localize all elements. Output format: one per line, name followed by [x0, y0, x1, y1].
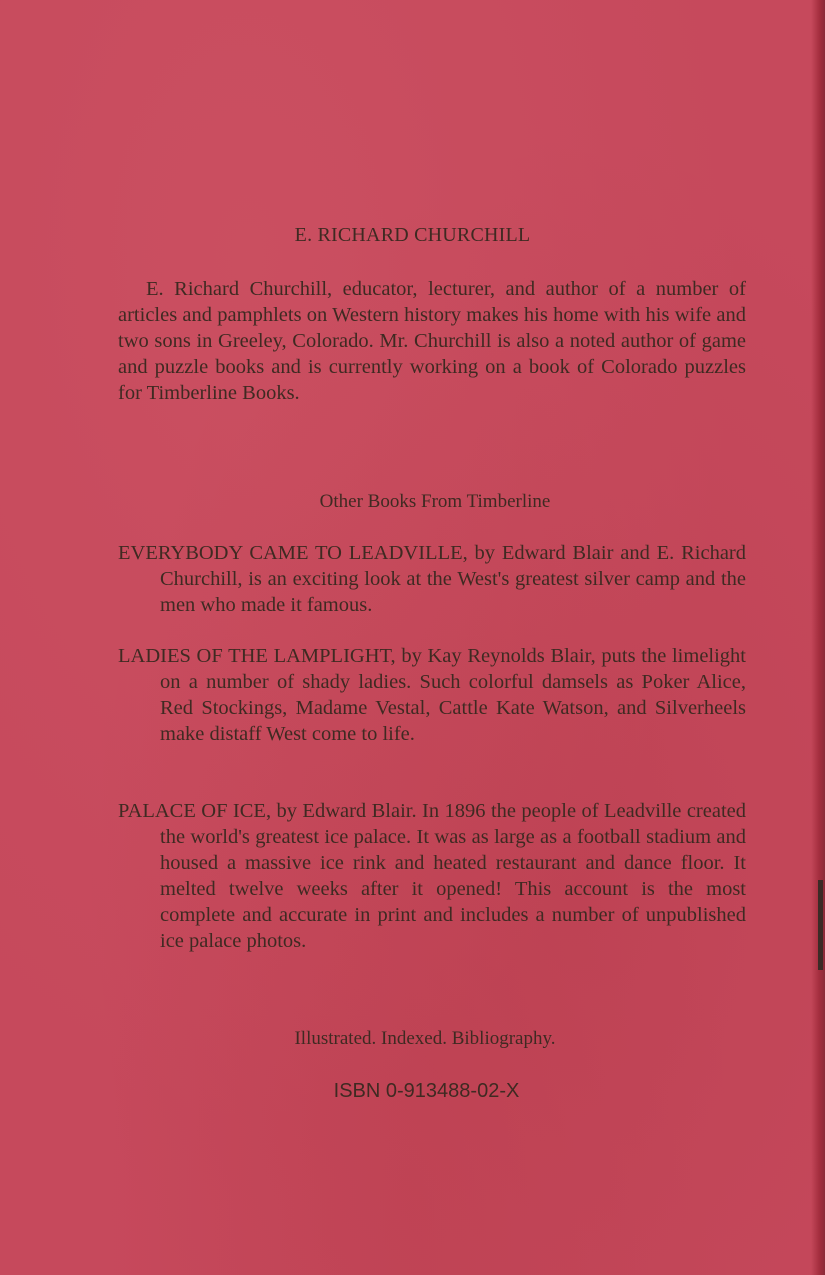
- features-note: Illustrated. Indexed. Bibliography.: [0, 1028, 825, 1050]
- author-heading: E. RICHARD CHURCHILL: [0, 224, 825, 247]
- edge-mark: [818, 880, 823, 970]
- isbn: ISBN 0-913488-02-X: [0, 1080, 825, 1103]
- book-title: LADIES OF THE LAMPLIGHT: [118, 645, 391, 667]
- book-entry-leadville: EVERYBODY CAME TO LEADVILLE, by Edward B…: [118, 540, 746, 618]
- book-title: PALACE OF ICE: [118, 800, 266, 822]
- book-entry-palace-of-ice: PALACE OF ICE, by Edward Blair. In 1896 …: [118, 798, 746, 954]
- book-description: , by Edward Blair. In 1896 the people of…: [160, 800, 746, 952]
- other-books-heading: Other Books From Timberline: [0, 491, 825, 513]
- book-title: EVERYBODY CAME TO LEADVILLE: [118, 542, 463, 564]
- author-bio: E. Richard Churchill, educator, lecturer…: [118, 276, 746, 406]
- book-entry-lamplight: LADIES OF THE LAMPLIGHT, by Kay Reynolds…: [118, 643, 746, 747]
